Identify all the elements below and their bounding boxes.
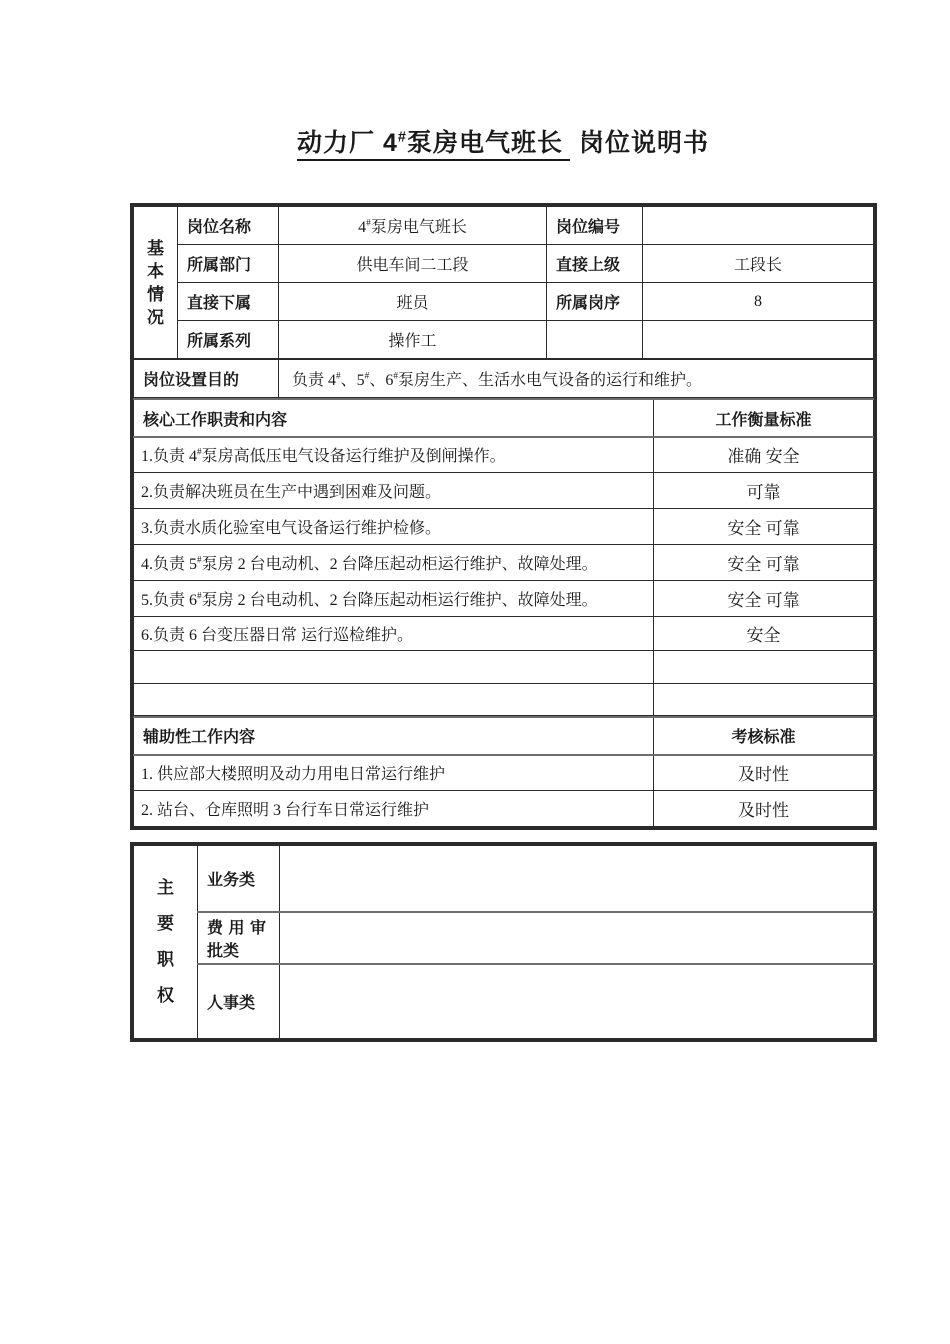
- table-row: 主 要 职 权 业务类: [134, 846, 874, 912]
- auxiliary-section: 辅助性工作内容 考核标准 1. 供应部大楼照明及动力用电日常运行维护 及时性 2…: [133, 716, 874, 828]
- duty-text: [134, 683, 654, 715]
- duty-row: 1.负责 4#泵房高低压电气设备运行维护及倒闸操作。 准确 安全: [134, 437, 874, 472]
- label-personnel-category: 人事类: [198, 964, 280, 1039]
- value-position-name: 4#泵房电气班长: [279, 207, 547, 245]
- label-position-code: 岗位编号: [547, 207, 643, 245]
- value-purpose: 负责 4#、5#、6#泵房生产、生活水电气设备的运行和维护。: [279, 360, 874, 398]
- title-plain-text: 岗位说明书: [579, 129, 709, 157]
- label-position-name: 岗位名称: [178, 207, 279, 245]
- duty-text: 3.负责水质化验室电气设备运行维护检修。: [134, 508, 654, 544]
- standard-text: 安全 可靠: [654, 544, 874, 580]
- standard-text: 安全 可靠: [654, 508, 874, 544]
- value-business-category: [280, 846, 874, 912]
- label-direct-subordinate: 直接下属: [178, 283, 279, 321]
- standard-text: 准确 安全: [654, 437, 874, 472]
- duty-text: 5.负责 6#泵房 2 台电动机、2 台降压起动柜运行维护、故障处理。: [134, 580, 654, 616]
- table-row: 基 本 情 况 岗位名称 4#泵房电气班长 岗位编号: [134, 207, 874, 245]
- header-assessment-standard: 考核标准: [654, 717, 874, 755]
- section-label-basic-info: 基 本 情 况: [134, 207, 178, 359]
- value-direct-subordinate: 班员: [279, 283, 547, 321]
- value-position-code: [643, 207, 874, 245]
- value-direct-superior: 工段长: [643, 245, 874, 283]
- core-duties-header-row: 核心工作职责和内容 工作衡量标准: [134, 399, 874, 437]
- duty-text: 1. 供应部大楼照明及动力用电日常运行维护: [134, 755, 654, 791]
- table-row: 所属部门 供电车间二工段 直接上级 工段长: [134, 245, 874, 283]
- doc-title: 动力厂 4#泵房电气班长岗位说明书: [130, 127, 876, 159]
- standard-text: [654, 650, 874, 683]
- label-position-rank: 所属岗序: [547, 283, 643, 321]
- value-department: 供电车间二工段: [279, 245, 547, 283]
- purpose-section: 岗位设置目的 负责 4#、5#、6#泵房生产、生活水电气设备的运行和维护。: [133, 359, 874, 398]
- header-auxiliary: 辅助性工作内容: [134, 717, 654, 755]
- table-row: 费用审批类: [134, 912, 874, 964]
- value-empty: [643, 321, 874, 359]
- main-table: 基 本 情 况 岗位名称 4#泵房电气班长 岗位编号 所属部门 供电车间二工段 …: [130, 203, 877, 830]
- basic-info-section: 基 本 情 况 岗位名称 4#泵房电气班长 岗位编号 所属部门 供电车间二工段 …: [133, 206, 874, 359]
- duty-row: [134, 683, 874, 715]
- page: { "colors": { "ink": "#1a1a1a", "border_…: [0, 0, 950, 1344]
- section-label-authority: 主 要 职 权: [134, 846, 198, 1039]
- table-row: 人事类: [134, 964, 874, 1039]
- duty-row: 1. 供应部大楼照明及动力用电日常运行维护 及时性: [134, 755, 874, 791]
- standard-text: 安全: [654, 616, 874, 650]
- header-measure-standard: 工作衡量标准: [654, 399, 874, 437]
- duty-row: 3.负责水质化验室电气设备运行维护检修。 安全 可靠: [134, 508, 874, 544]
- core-duties-section: 核心工作职责和内容 工作衡量标准 1.负责 4#泵房高低压电气设备运行维护及倒闸…: [133, 398, 874, 716]
- value-expense-approval-category: [280, 912, 874, 964]
- authority-section: 主 要 职 权 业务类 费用审批类 人事类: [130, 842, 877, 1042]
- duty-row: 2.负责解决班员在生产中遇到困难及问题。 可靠: [134, 472, 874, 508]
- standard-text: 及时性: [654, 755, 874, 791]
- duty-row: [134, 650, 874, 683]
- table-row: 直接下属 班员 所属岗序 8: [134, 283, 874, 321]
- title-underlined-text: 动力厂 4#泵房电气班长: [297, 129, 570, 161]
- label-department: 所属部门: [178, 245, 279, 283]
- label-empty: [547, 321, 643, 359]
- standard-text: 可靠: [654, 472, 874, 508]
- table-row: 所属系列 操作工: [134, 321, 874, 359]
- duty-row: 5.负责 6#泵房 2 台电动机、2 台降压起动柜运行维护、故障处理。 安全 可…: [134, 580, 874, 616]
- label-series: 所属系列: [178, 321, 279, 359]
- duty-row: 4.负责 5#泵房 2 台电动机、2 台降压起动柜运行维护、故障处理。 安全 可…: [134, 544, 874, 580]
- duty-text: 6.负责 6 台变压器日常 运行巡检维护。: [134, 616, 654, 650]
- standard-text: [654, 683, 874, 715]
- duty-text: 1.负责 4#泵房高低压电气设备运行维护及倒闸操作。: [134, 437, 654, 472]
- label-purpose: 岗位设置目的: [134, 360, 279, 398]
- label-direct-superior: 直接上级: [547, 245, 643, 283]
- value-series: 操作工: [279, 321, 547, 359]
- value-personnel-category: [280, 964, 874, 1039]
- value-position-rank: 8: [643, 283, 874, 321]
- label-expense-approval-category: 费用审批类: [198, 912, 280, 964]
- duty-text: 4.负责 5#泵房 2 台电动机、2 台降压起动柜运行维护、故障处理。: [134, 544, 654, 580]
- duty-text: [134, 650, 654, 683]
- duty-text: 2.负责解决班员在生产中遇到困难及问题。: [134, 472, 654, 508]
- duty-row: 2. 站台、仓库照明 3 台行车日常运行维护 及时性: [134, 791, 874, 827]
- standard-text: 安全 可靠: [654, 580, 874, 616]
- auxiliary-header-row: 辅助性工作内容 考核标准: [134, 717, 874, 755]
- duty-text: 2. 站台、仓库照明 3 台行车日常运行维护: [134, 791, 654, 827]
- label-business-category: 业务类: [198, 846, 280, 912]
- table-row: 岗位设置目的 负责 4#、5#、6#泵房生产、生活水电气设备的运行和维护。: [134, 360, 874, 398]
- header-core-duties: 核心工作职责和内容: [134, 399, 654, 437]
- duty-row: 6.负责 6 台变压器日常 运行巡检维护。 安全: [134, 616, 874, 650]
- standard-text: 及时性: [654, 791, 874, 827]
